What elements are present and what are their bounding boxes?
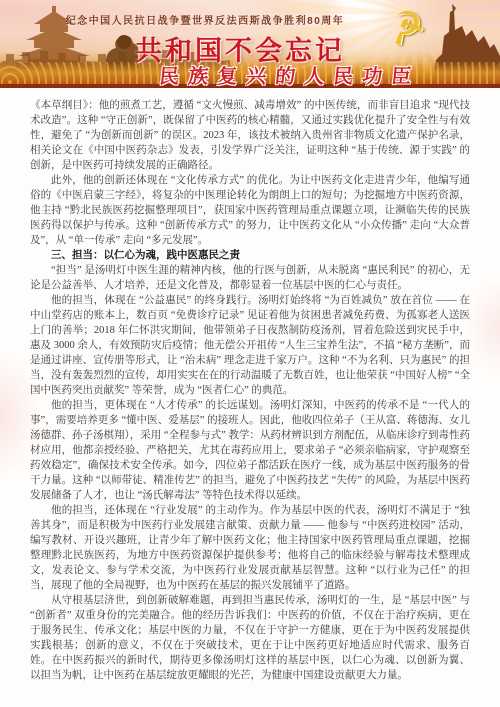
banner-slogan: 纪念中国人民抗日战争暨世界反法西斯战争胜利80周年	[0, 12, 410, 27]
paragraph: “担当” 是汤明灯中医生涯的精神内核，他的行医与创新，从未脱离 “惠民利民” 的…	[30, 263, 470, 293]
paragraph: 此外，他的创新还体现在 “文化传承方式” 的优化。为让中医药文化走进青少年，他编…	[30, 173, 470, 248]
paragraph-continued: 《本草纲目》：他的煎煮工艺，遵循 “文火慢煎、减毒增效” 的中医传统，而非盲目追…	[30, 98, 470, 173]
section-heading: 三、担当：以仁心为魂，践中医惠民之责	[30, 248, 470, 263]
banner-subtitle: 民族复兴的人民功臣	[78, 60, 500, 88]
paragraph: 他的担当，更体现在 “人才传承” 的长远谋划。汤明灯深知，中医药的传承不是 “一…	[30, 398, 470, 503]
banner-header: ☭ 纪念中国人民抗日战争暨世界反法西斯战争胜利80周年 共和国不会忘记 民族复兴…	[0, 0, 500, 88]
article-body: 《本草纲目》：他的煎煮工艺，遵循 “文火慢煎、减毒增效” 的中医传统，而非盲目追…	[0, 88, 500, 683]
document-page: ☭ 纪念中国人民抗日战争暨世界反法西斯战争胜利80周年 共和国不会忘记 民族复兴…	[0, 0, 500, 707]
paragraph: 他的担当，体现在 “公益惠民” 的终身践行。汤明灯始终将 “为百姓减负” 放在首…	[30, 293, 470, 398]
paragraph: 他的担当，还体现在 “行业发展” 的主动作为。作为基层中医的代表，汤明灯不满足于…	[30, 503, 470, 593]
paragraph: 从守根基层济世，到创新破解难题，再到担当惠民传承，汤明灯的一生，是 “基层中医”…	[30, 593, 470, 683]
